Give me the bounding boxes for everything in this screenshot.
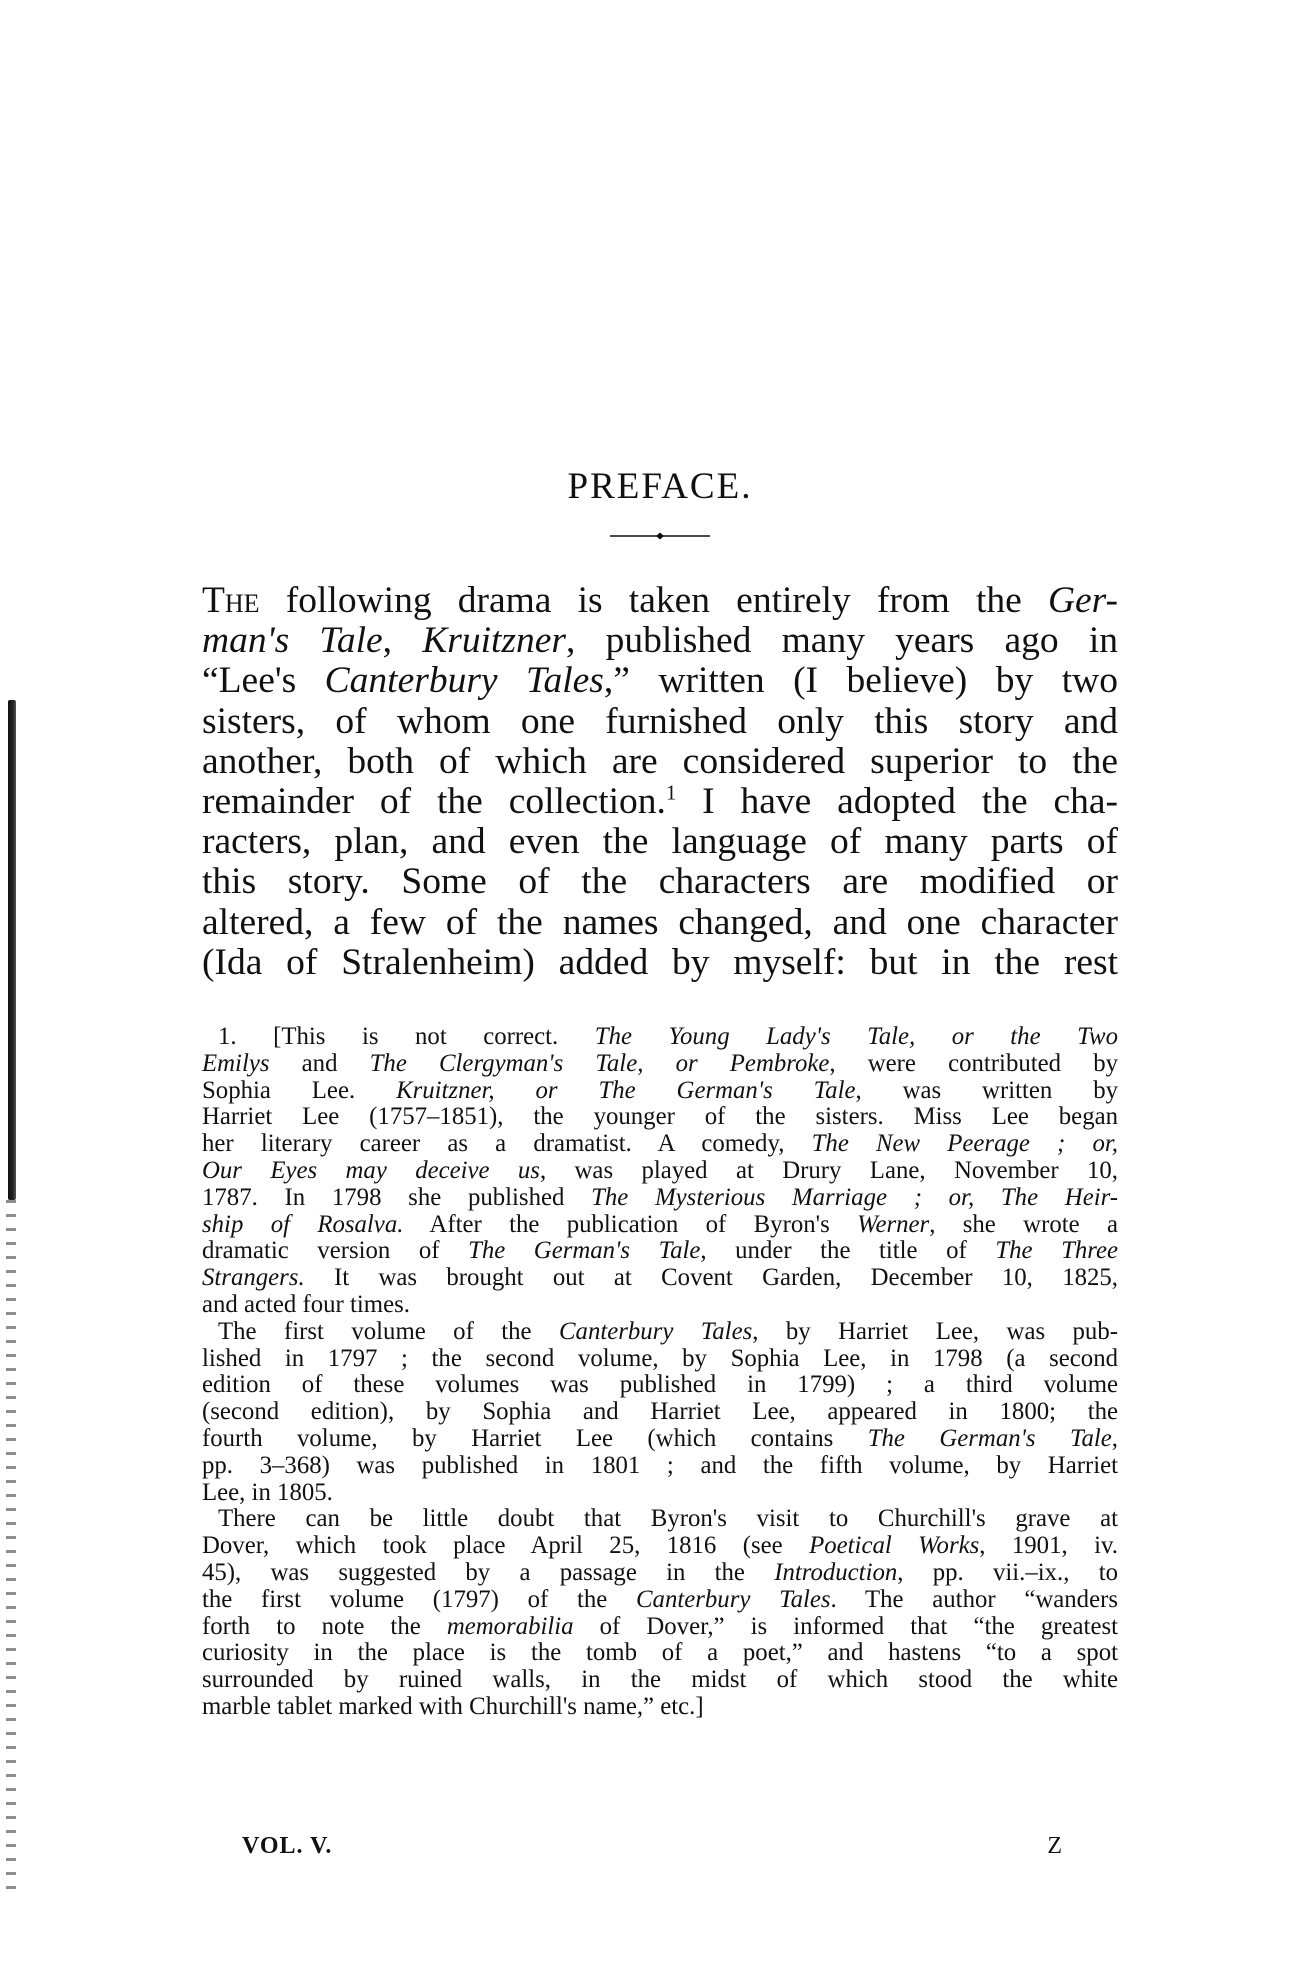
footnote-block: 1. [This is not correct. The Young Lady'… xyxy=(202,1024,1118,1721)
text-run: “Lee's xyxy=(202,660,325,701)
text-run: altered, a few of the names changed, and… xyxy=(202,902,1118,943)
footnote-line: pp. 3–368) was published in 1801 ; and t… xyxy=(202,1453,1118,1480)
text-run: , was written by xyxy=(855,1077,1118,1104)
text-run: , xyxy=(383,620,423,661)
page-footer: VOL. V. Z xyxy=(242,1833,1062,1860)
italic-title-text: Canterbury Tales xyxy=(636,1586,831,1613)
footnote-line: surrounded by ruined walls, in the midst… xyxy=(202,1667,1118,1694)
volume-label: VOL. V. xyxy=(242,1833,332,1860)
italic-title-text: The New Peerage ; or, xyxy=(812,1130,1118,1157)
italic-title-text: The Clergyman's Tale, or Pembroke xyxy=(370,1050,830,1077)
footnote-line: ship of Rosalva. After the publication o… xyxy=(202,1212,1118,1239)
text-run: I have adopted the cha- xyxy=(676,781,1118,822)
italic-title-text: Poetical Works xyxy=(809,1532,979,1559)
text-run: Lee, in 1805. xyxy=(202,1479,333,1506)
text-run: following drama is taken entirely from t… xyxy=(260,580,1048,621)
footnote-line: edition of these volumes was published i… xyxy=(202,1372,1118,1399)
text-run: and acted four times. xyxy=(202,1291,410,1318)
footnote-line: Strangers. It was brought out at Covent … xyxy=(202,1265,1118,1292)
text-run: marble tablet marked with Churchill's na… xyxy=(202,1693,704,1720)
italic-title-text: Kruitzner xyxy=(422,620,566,661)
body-line: altered, a few of the names changed, and… xyxy=(202,903,1118,943)
footnote-line: Our Eyes may deceive us, was played at D… xyxy=(202,1158,1118,1185)
text-run: 1. [This is not correct. xyxy=(218,1023,595,1050)
body-line: sisters, of whom one furnished only this… xyxy=(202,702,1118,742)
footnote-line: The first volume of the Canterbury Tales… xyxy=(202,1319,1118,1346)
italic-title-text: Kruitzner, or The German's Tale xyxy=(396,1077,855,1104)
footnote-line: Lee, in 1805. xyxy=(202,1480,1118,1507)
text-run: The xyxy=(202,580,260,621)
text-run: surrounded by ruined walls, in the midst… xyxy=(202,1666,1118,1693)
divider-ornament-icon xyxy=(610,532,710,540)
body-line: “Lee's Canterbury Tales,” written (I bel… xyxy=(202,661,1118,701)
footnote-line: her literary career as a dramatist. A co… xyxy=(202,1131,1118,1158)
footnote-line: Harriet Lee (1757–1851), the younger of … xyxy=(202,1104,1118,1131)
italic-title-text: The German's Tale xyxy=(868,1425,1112,1452)
footnote-line: Dover, which took place April 25, 1816 (… xyxy=(202,1533,1118,1560)
footnote-reference: 1 xyxy=(666,783,676,805)
text-run: It was brought out at Covent Garden, Dec… xyxy=(305,1264,1118,1291)
body-line: this story. Some of the characters are m… xyxy=(202,862,1118,902)
footnote-line: curiosity in the place is the tomb of a … xyxy=(202,1640,1118,1667)
text-run: (Ida of Stralenheim) added by myself: bu… xyxy=(202,942,1118,983)
footnote-line: the first volume (1797) of the Canterbur… xyxy=(202,1587,1118,1614)
text-run: forth to note the xyxy=(202,1613,447,1640)
italic-title-text: ship of Rosalva. xyxy=(202,1211,403,1238)
text-run: 45), was suggested by a passage in the xyxy=(202,1559,774,1586)
italic-title-text: Emilys xyxy=(202,1050,270,1077)
text-run: another, both of which are considered su… xyxy=(202,741,1118,782)
text-run: There can be little doubt that Byron's v… xyxy=(218,1505,1118,1532)
italic-title-text: The German's Tale xyxy=(468,1237,700,1264)
text-run: The first volume of the xyxy=(218,1318,559,1345)
footnote-line: 1787. In 1798 she published The Mysterio… xyxy=(202,1185,1118,1212)
text-run: , under the title of xyxy=(700,1237,995,1264)
binding-edge-shadow xyxy=(8,700,16,1200)
body-line: (Ida of Stralenheim) added by myself: bu… xyxy=(202,943,1118,983)
body-line: The following drama is taken entirely fr… xyxy=(202,581,1118,621)
text-run: , pp. vii.–ix., to xyxy=(897,1559,1118,1586)
footnote-line: (second edition), by Sophia and Harriet … xyxy=(202,1399,1118,1426)
italic-title-text: The Three xyxy=(995,1237,1118,1264)
italic-title-text: man's Tale xyxy=(202,620,383,661)
binding-edge-specks xyxy=(6,1200,16,1900)
text-run: , 1901, iv. xyxy=(979,1532,1118,1559)
text-run: After the publication of Byron's xyxy=(403,1211,857,1238)
text-run: sisters, of whom one furnished only this… xyxy=(202,701,1118,742)
text-run: , was played at Drury Lane, November 10, xyxy=(540,1157,1118,1184)
text-run: Dover, which took place April 25, 1816 (… xyxy=(202,1532,809,1559)
text-run: her literary career as a dramatist. A co… xyxy=(202,1130,812,1157)
body-line: remainder of the collection.1 I have ado… xyxy=(202,782,1118,822)
footnote-line: fourth volume, by Harriet Lee (which con… xyxy=(202,1426,1118,1453)
text-run: fourth volume, by Harriet Lee (which con… xyxy=(202,1425,868,1452)
footnote-line: Sophia Lee. Kruitzner, or The German's T… xyxy=(202,1078,1118,1105)
italic-title-text: Canterbury Tales xyxy=(325,660,604,701)
text-run: . The author “wanders xyxy=(831,1586,1118,1613)
text-run: curiosity in the place is the tomb of a … xyxy=(202,1639,1118,1666)
preface-body: The following drama is taken entirely fr… xyxy=(202,581,1118,983)
text-run: 1787. In 1798 she published xyxy=(202,1184,591,1211)
text-run: , published many years ago in xyxy=(566,620,1118,661)
text-run: and xyxy=(270,1050,370,1077)
text-run: Harriet Lee (1757–1851), the younger of … xyxy=(202,1103,1118,1130)
italic-title-text: Ger- xyxy=(1048,580,1118,621)
text-run: remainder of the collection. xyxy=(202,781,666,822)
italic-title-text: Our Eyes may deceive us xyxy=(202,1157,540,1184)
footnote-line: 1. [This is not correct. The Young Lady'… xyxy=(202,1024,1118,1051)
text-run: , xyxy=(1112,1425,1118,1452)
footnote-line: marble tablet marked with Churchill's na… xyxy=(202,1694,1118,1721)
text-run: ,” written (I believe) by two xyxy=(604,660,1118,701)
italic-title-text: Introduction xyxy=(774,1559,897,1586)
text-run: the first volume (1797) of the xyxy=(202,1586,636,1613)
text-run: of Dover,” is informed that “the greates… xyxy=(574,1613,1118,1640)
italic-title-text: Strangers. xyxy=(202,1264,305,1291)
signature-mark: Z xyxy=(1047,1833,1062,1860)
body-line: another, both of which are considered su… xyxy=(202,742,1118,782)
text-run: (second edition), by Sophia and Harriet … xyxy=(202,1398,1118,1425)
body-line: man's Tale, Kruitzner, published many ye… xyxy=(202,621,1118,661)
text-run: Sophia Lee. xyxy=(202,1077,396,1104)
italic-title-text: The Young Lady's Tale, or the Two xyxy=(595,1023,1118,1050)
footnote-line: There can be little doubt that Byron's v… xyxy=(202,1506,1118,1533)
footnote-line: and acted four times. xyxy=(202,1292,1118,1319)
text-run: , were contributed by xyxy=(829,1050,1118,1077)
text-run: pp. 3–368) was published in 1801 ; and t… xyxy=(202,1452,1118,1479)
footnote-line: Emilys and The Clergyman's Tale, or Pemb… xyxy=(202,1051,1118,1078)
footnote-line: 45), was suggested by a passage in the I… xyxy=(202,1560,1118,1587)
italic-title-text: memorabilia xyxy=(447,1613,574,1640)
text-run: this story. Some of the characters are m… xyxy=(202,861,1118,902)
text-run: , she wrote a xyxy=(929,1211,1118,1238)
footnote-line: dramatic version of The German's Tale, u… xyxy=(202,1238,1118,1265)
footnote-line: forth to note the memorabilia of Dover,”… xyxy=(202,1614,1118,1641)
text-run: dramatic version of xyxy=(202,1237,468,1264)
text-run: edition of these volumes was published i… xyxy=(202,1371,1118,1398)
text-run: lished in 1797 ; the second volume, by S… xyxy=(202,1345,1118,1372)
italic-title-text: The Mysterious Marriage ; or, The Heir- xyxy=(591,1184,1118,1211)
body-line: racters, plan, and even the language of … xyxy=(202,822,1118,862)
text-run: racters, plan, and even the language of … xyxy=(202,821,1118,862)
text-run: , by Harriet Lee, was pub- xyxy=(752,1318,1118,1345)
page-title: PREFACE. xyxy=(202,465,1118,508)
footnote-line: lished in 1797 ; the second volume, by S… xyxy=(202,1346,1118,1373)
italic-title-text: Werner xyxy=(857,1211,929,1238)
italic-title-text: Canterbury Tales xyxy=(559,1318,752,1345)
